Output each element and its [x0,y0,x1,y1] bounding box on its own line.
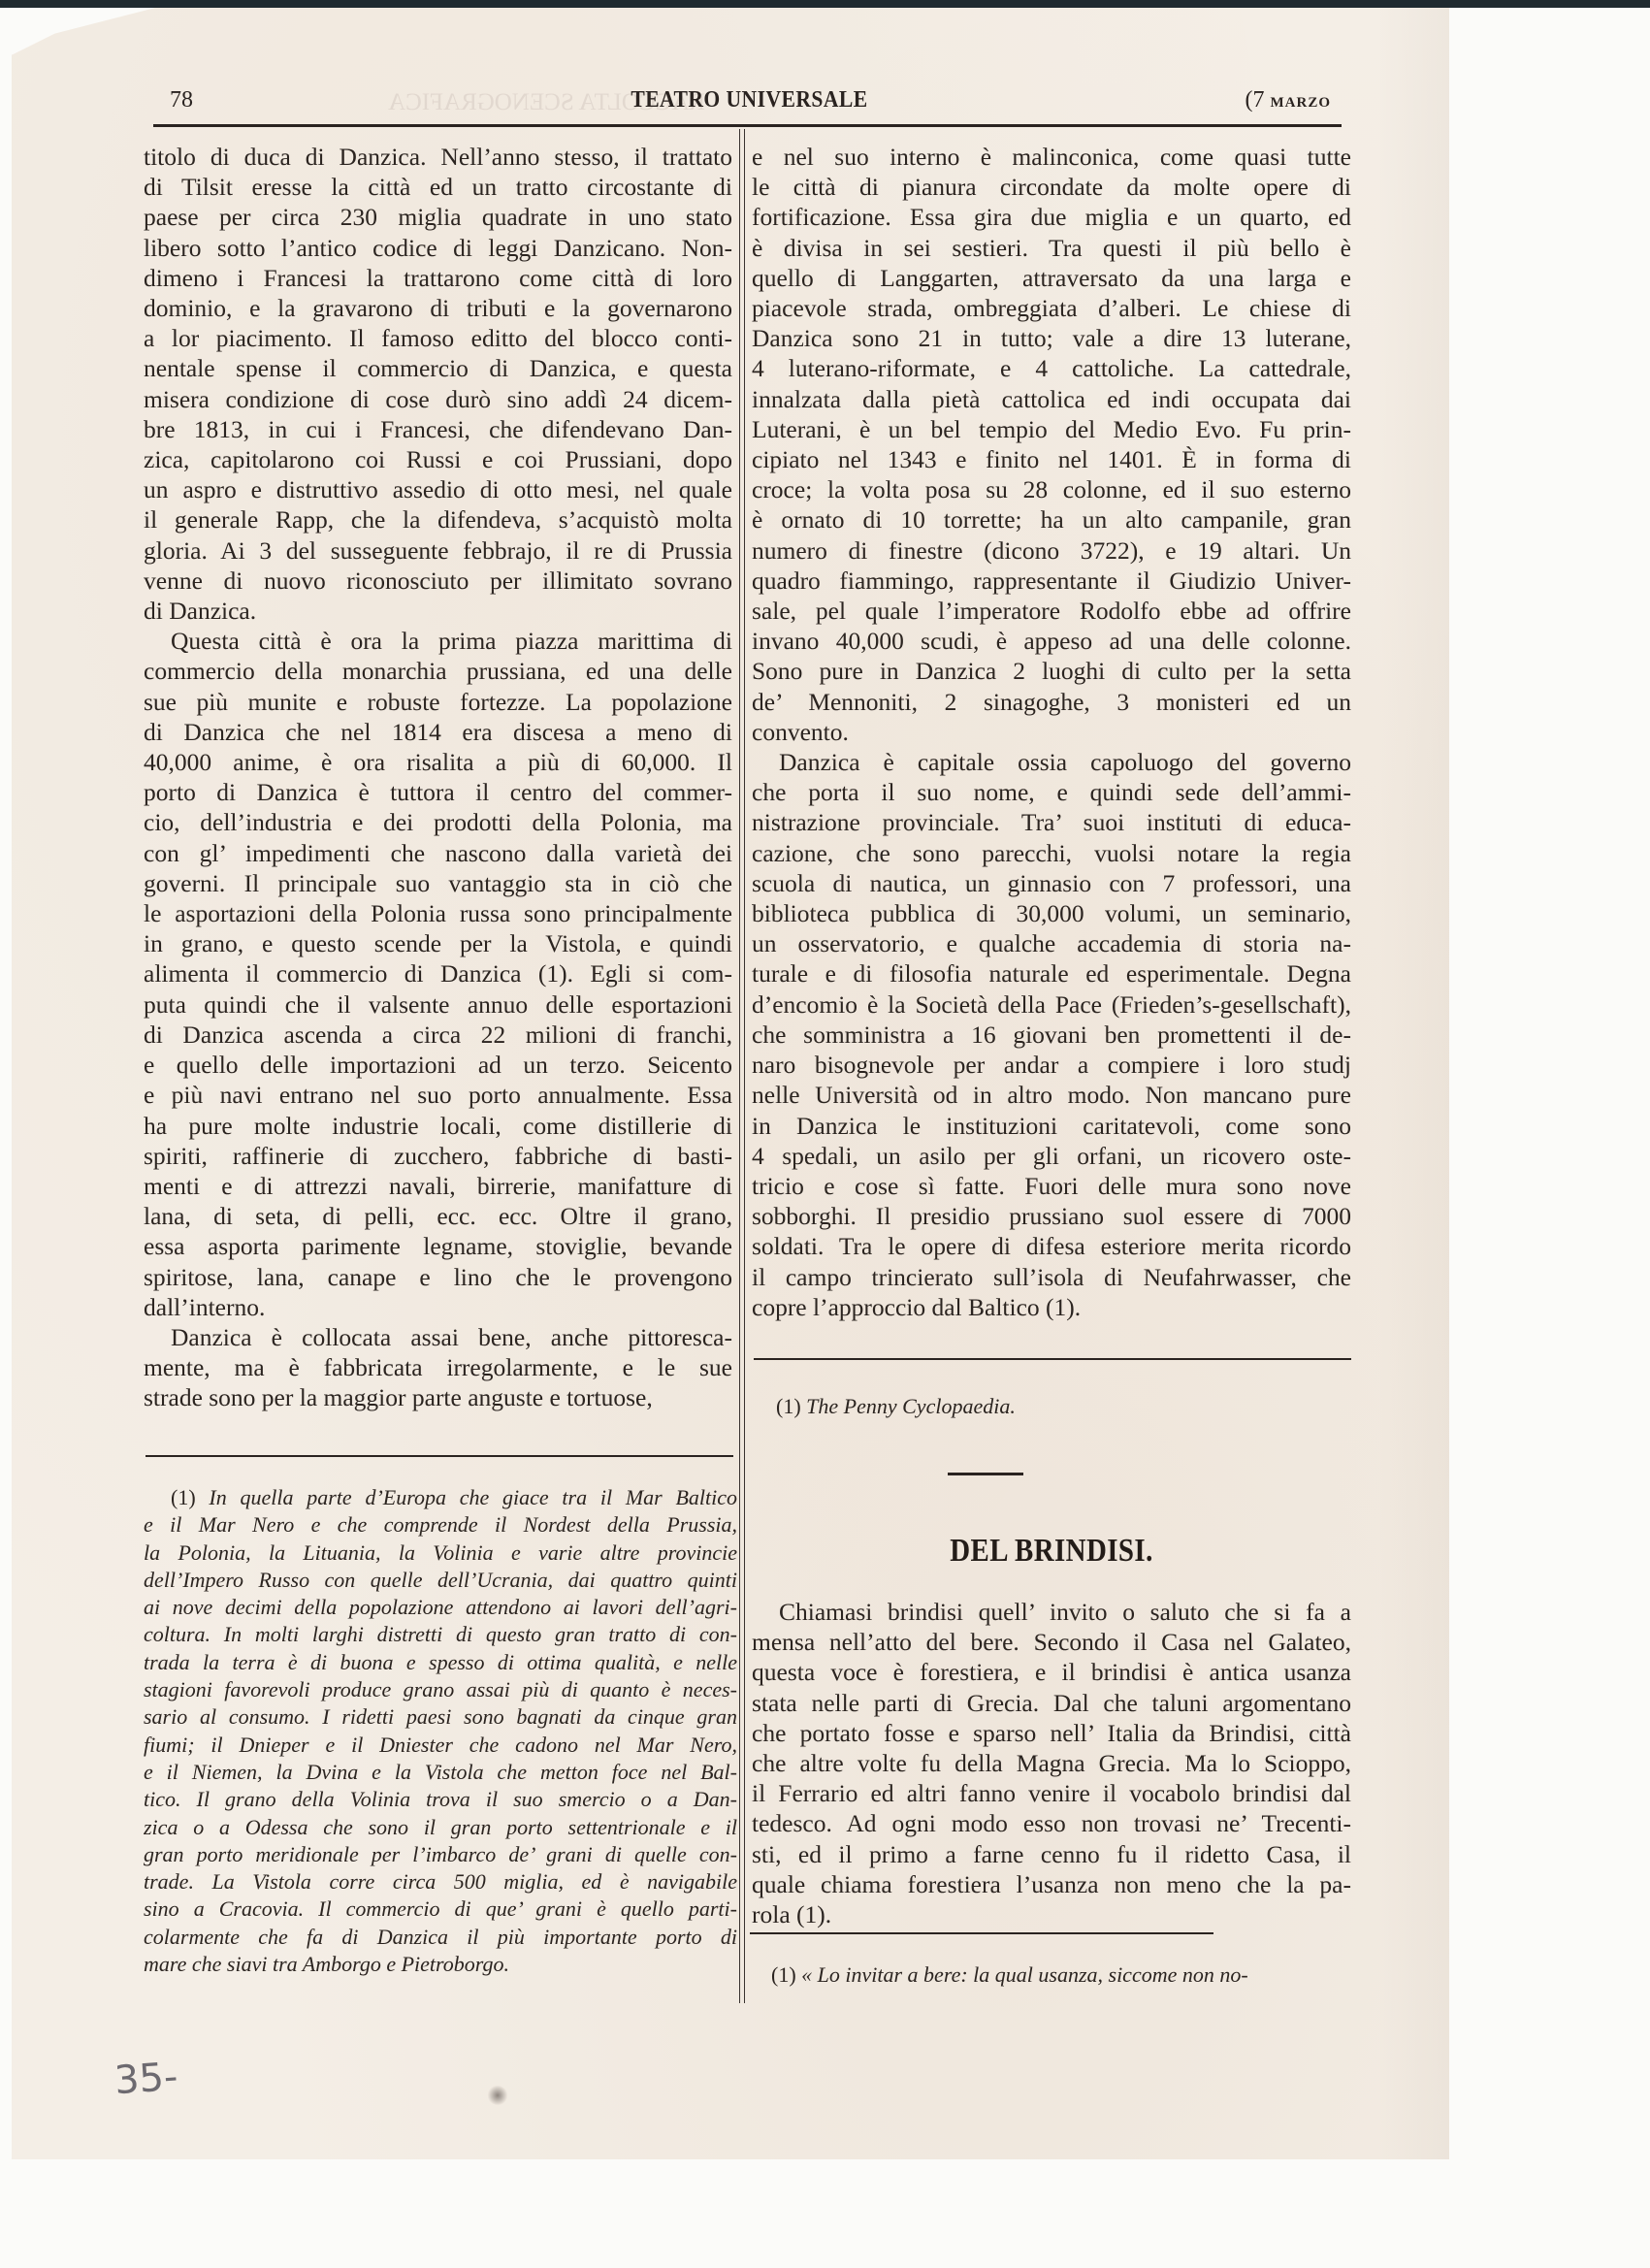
text-line: dall’interno. [144,1292,732,1322]
text-line: cipiato nel 1343 e finito nel 1401. È in… [752,444,1351,474]
text-line: sobborghi. Il presidio prussiano suol es… [752,1201,1351,1231]
text-line: scuola di nautica, un ginnasio con 7 pro… [752,868,1351,898]
text-line: cio, dell’industria e dei prodotti della… [144,807,732,837]
text-line: invano 40,000 scudi, è appeso ad una del… [752,626,1351,656]
page-number: 78 [170,87,193,113]
text-line: innalzata dalla pietà cattolica ed indi … [752,384,1351,414]
text-line: di Danzica che nel 1814 era discesa a me… [144,717,732,747]
text-line: di Danzica ascenda a circa 22 milioni di… [144,1020,732,1050]
text-line: essa asporta parimente legname, stovigli… [144,1231,732,1261]
text-line: menti e di attrezzi navali, birrerie, ma… [144,1171,732,1201]
right-footnote-rule-2 [750,1932,1213,1934]
text-line: Chiamasi brindisi quell’ invito o saluto… [752,1597,1351,1627]
text-line: che portato fosse e sparso nell’ Italia … [752,1718,1351,1748]
column-divider [739,129,745,2003]
text-line: fortificazione. Essa gira due miglia e u… [752,202,1351,232]
footnote-text-line: trada la terra è di buona e spesso di ot… [144,1649,737,1676]
text-line: turale e di filosofia naturale ed esperi… [752,958,1351,988]
text-line: porto di Danzica è tuttora il centro del… [144,777,732,807]
footnote-line: trade. La Vistola corre circa 500 miglia… [144,1869,737,1894]
text-line: titolo di duca di Danzica. Nell’anno ste… [144,142,732,172]
text-line: 40,000 anime, è ora risalita a più di 60… [144,747,732,777]
text-line: spiriti, raffinerie di zucchero, fabbric… [144,1141,732,1171]
text-line: e quello delle importazioni ad un terzo.… [144,1050,732,1080]
text-line: mensa nell’atto del bere. Secondo il Cas… [752,1627,1351,1657]
text-line: che somministra a 16 giovani ben promett… [752,1020,1351,1050]
footnote-line: sario al consumo. I ridetti paesi sono b… [144,1704,737,1729]
running-title: TEATRO UNIVERSALE [219,87,1280,113]
footnote-line: la Polonia, la Lituania, la Volinia e va… [144,1540,737,1565]
page-fold-shadow [1377,8,1449,2159]
footnote-line: sino a Cracovia. Il commercio di que’ gr… [144,1896,737,1921]
text-line: spiritose, lana, canape e lino che le pr… [144,1262,732,1292]
footnote-text-line: e il Niemen, la Dvina e la Vistola che m… [144,1759,737,1786]
text-line: Sono pure in Danzica 2 luoghi di culto p… [752,656,1351,686]
text-line: questa voce è forestiera, e il brindisi … [752,1657,1351,1687]
right-footnote-1: (1) The Penny Cyclopaedia. [776,1393,1319,1420]
right-footnote-rule-1 [754,1358,1351,1360]
text-line: in grano, e questo scende per la Vistola… [144,928,732,958]
text-line: numero di finestre (dicono 3722), e 19 a… [752,535,1351,566]
footnote-text-line: trade. La Vistola corre circa 500 miglia… [144,1868,737,1895]
footnote-marker: (1) [776,1394,801,1418]
text-line: lana, di seta, di pelli, ecc. ecc. Oltre… [144,1201,732,1231]
footnote-text: The Penny Cyclopaedia. [806,1394,1016,1418]
text-line: croce; la volta posa su 28 colonne, ed i… [752,474,1351,504]
text-line: stata nelle parti di Grecia. Dal che tal… [752,1688,1351,1718]
text-line: misera condizione di cose durò sino addì… [144,384,732,414]
text-line: ha pure molte industrie locali, come dis… [144,1111,732,1141]
footnote-text-line: dell’Impero Russo con quelle dell’Ucrani… [144,1567,737,1594]
text-line: dimeno i Francesi la trattarono come cit… [144,263,732,293]
footnote-text: « Lo invitar a bere: la qual usanza, sic… [801,1962,1248,1987]
text-line: de’ Mennoniti, 2 sinagoghe, 3 monisteri … [752,687,1351,717]
text-line: quale chiama forestiera l’usanza non men… [752,1869,1351,1899]
text-line: quello di Langgarten, attraversato da un… [752,263,1351,293]
footnote-line: e il Niemen, la Dvina e la Vistola che m… [144,1760,737,1784]
footnote-text-line: colarmente che fa di Danzica il più impo… [144,1924,737,1951]
footnote-line: tico. Il grano della Volinia trova il su… [144,1787,737,1811]
text-line: strade sono per la maggior parte anguste… [144,1382,732,1412]
text-line: libero sotto l’antico codice di leggi Da… [144,233,732,263]
text-line: Danzica è collocata assai bene, anche pi… [144,1322,732,1352]
issue-day: (7 [1246,87,1265,113]
section-body-text: Chiamasi brindisi quell’ invito o saluto… [752,1597,1351,1929]
footnote-line: mare che siavi tra Amborgo e Pietroborgo… [144,1952,509,1976]
issue-date: (7 MARZO [1246,87,1332,113]
footnote-text-line: coltura. In molti larghi distretti di qu… [144,1621,737,1648]
footnote-text-line: gran porto meridionale per l’imbarco de’… [144,1841,737,1868]
text-line: bre 1813, in cui i Francesi, che difende… [144,414,732,444]
text-line: sale, pel quale l’imperatore Rodolfo ebb… [752,596,1351,626]
text-line: biblioteca pubblica di 30,000 volumi, un… [752,898,1351,928]
text-line: zica, capitolarono coi Russi e coi Pruss… [144,444,732,474]
text-line: il generale Rapp, che la difendeva, s’ac… [144,504,732,535]
right-column-text: e nel suo interno è malinconica, come qu… [752,142,1351,1322]
footnote-marker: (1) [171,1485,209,1509]
issue-month: MARZO [1271,95,1332,111]
text-line: convento. [752,717,1351,747]
text-line: copre l’approccio dal Baltico (1). [752,1292,1351,1322]
text-line: commercio della monarchia prussiana, ed … [144,656,732,686]
text-line: le città di pianura circondate da molte … [752,172,1351,202]
page-header: 78 TEATRO UNIVERSALE (7 MARZO [160,87,1339,124]
text-line: che porta il suo nome, e quindi sede del… [752,777,1351,807]
text-line: puta quindi che il valsente annuo delle … [144,989,732,1020]
text-line: Questa città è ora la prima piazza marit… [144,626,732,656]
footnote-text-line: ai nove decimi della popolazione attendo… [144,1594,737,1621]
footnote-text-line: (1) In quella parte d’Europa che giace t… [144,1484,737,1511]
text-line: è divisa in sei sestieri. Tra questi il … [752,233,1351,263]
text-line: un osservatorio, e qualche accademia di … [752,928,1351,958]
text-line: Luterani, è un bel tempio del Medio Evo.… [752,414,1351,444]
text-line: con gl’ impedimenti che nascono dalla va… [144,838,732,868]
footnote-text-line: zica o a Odessa che sono il gran porto s… [144,1814,737,1841]
footnote-text-line: sino a Cracovia. Il commercio di que’ gr… [144,1895,737,1923]
text-line: in Danzica le instituzioni caritatevoli,… [752,1111,1351,1141]
text-line: sue più munite e robuste fortezze. La po… [144,687,732,717]
text-line: paese per circa 230 miglia quadrate in u… [144,202,732,232]
text-line: quadro fiammingo, rappresentante il Giud… [752,566,1351,596]
footnote-line: gran porto meridionale per l’imbarco de’… [144,1842,737,1866]
text-line: governi. Il principale suo vantaggio sta… [144,868,732,898]
text-line: 4 spedali, un asilo per gli orfani, un r… [752,1141,1351,1171]
header-rule [153,124,1342,127]
footnote-text-line: mare che siavi tra Amborgo e Pietroborgo… [144,1951,737,1978]
text-line: gloria. Ai 3 del susseguente febbrajo, i… [144,535,732,566]
footnote-line: ai nove decimi della popolazione attendo… [144,1595,737,1619]
handwritten-pencil-note: 35- [113,2055,178,2103]
text-line: soldati. Tra le opere di difesa esterior… [752,1231,1351,1261]
footnote-line: stagioni favorevoli produce grano assai … [144,1677,737,1701]
footnote-text-line: sario al consumo. I ridetti paesi sono b… [144,1703,737,1731]
text-line: che altre volte fu della Magna Grecia. M… [752,1748,1351,1778]
text-line: un aspro e distruttivo assedio di otto m… [144,474,732,504]
text-line: di Tilsit eresse la città ed un tratto c… [144,172,732,202]
footnote-line: zica o a Odessa che sono il gran porto s… [144,1815,737,1839]
text-line: le asportazioni della Polonia russa sono… [144,898,732,928]
text-line: a lor piacimento. Il famoso editto del b… [144,323,732,353]
scanner-edge [0,0,1650,8]
text-line: dominio, e la gravarono di tributi e la … [144,293,732,323]
text-line: nelle Università od in altro modo. Non m… [752,1080,1351,1110]
footnote-line: fiumi; il Dnieper e il Dniester che cado… [144,1733,737,1757]
section-title: DEL BRINDISI. [796,1533,1306,1570]
text-line: il campo trincierato sull’isola di Neufa… [752,1262,1351,1292]
text-line: e nel suo interno è malinconica, come qu… [752,142,1351,172]
text-line: nistrazione provinciale. Tra’ suoi insti… [752,807,1351,837]
text-line: il Ferrario ed altri fanno venire il voc… [752,1778,1351,1808]
text-line: mente, ma è fabbricata irregolarmente, e… [144,1352,732,1382]
footnote-line: In quella parte d’Europa che giace tra i… [209,1485,737,1509]
text-line: tedesco. Ad ogni modo esso non trovasi n… [752,1808,1351,1838]
footnote-line: e il Mar Nero e che comprende il Nordest… [144,1512,737,1537]
footnote-line: coltura. In molti larghi distretti di qu… [144,1622,737,1646]
footnote-text-line: fiumi; il Dnieper e il Dniester che cado… [144,1732,737,1759]
text-line: sti, ed il primo a farne cenno fu il rid… [752,1839,1351,1869]
text-line: nentale spense il commercio di Danzica, … [144,353,732,383]
text-line: è ornato di 10 torrette; ha un alto camp… [752,504,1351,535]
text-line: cazione, che sono parecchi, vuolsi notar… [752,838,1351,868]
footnote-marker: (1) [771,1962,796,1987]
text-line: Danzica sono 21 in tutto; vale a dire 13… [752,323,1351,353]
footnote-text-line: e il Mar Nero e che comprende il Nordest… [144,1511,737,1539]
footnote-text-line: tico. Il grano della Volinia trova il su… [144,1786,737,1813]
text-line: Danzica è capitale ossia capoluogo del g… [752,747,1351,777]
text-line: venne di nuovo riconosciuto per illimita… [144,566,732,596]
footnote-text-line: stagioni favorevoli produce grano assai … [144,1676,737,1703]
text-line: naro bisognevole per andar a compiere i … [752,1050,1351,1080]
text-line: 4 luterano-riformate, e 4 cattoliche. La… [752,353,1351,383]
text-line: piacevole strada, ombreggiata d’alberi. … [752,293,1351,323]
text-line: tricio e cose sì fatte. Fuori delle mura… [752,1171,1351,1201]
footnote-line: trada la terra è di buona e spesso di ot… [144,1650,737,1674]
footnote-line: colarmente che fa di Danzica il più impo… [144,1925,737,1949]
text-line: rola (1). [752,1899,1351,1929]
left-footnote-rule [146,1455,733,1457]
text-line: e più navi entrano nel suo porto annualm… [144,1080,732,1110]
footnote-line: dell’Impero Russo con quelle dell’Ucrani… [144,1568,737,1592]
text-line: di Danzica. [144,596,732,626]
right-footnote-2: (1) « Lo invitar a bere: la qual usanza,… [771,1961,1353,1989]
text-line: alimenta il commercio di Danzica (1). Eg… [144,958,732,988]
text-line: d’encomio è la Società della Pace (Fried… [752,989,1351,1020]
left-footnote: (1) In quella parte d’Europa che giace t… [144,1484,737,1978]
footnote-text-line: la Polonia, la Lituania, la Volinia e va… [144,1539,737,1567]
left-column-text: titolo di duca di Danzica. Nell’anno ste… [144,142,732,1413]
section-separator [948,1473,1023,1475]
